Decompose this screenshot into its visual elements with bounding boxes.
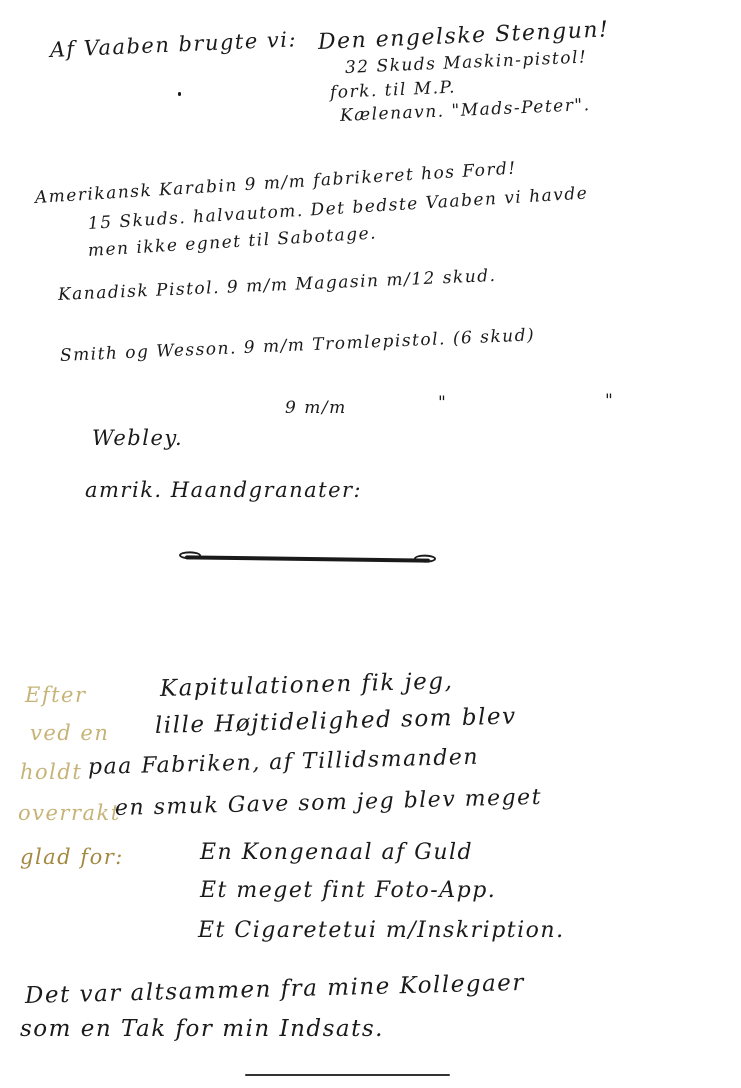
ditto-mark-1: " bbox=[438, 395, 447, 412]
canadian-pistol-line: Kanadisk Pistol. 9 m/m Magasin m/12 skud… bbox=[58, 268, 497, 304]
gift-line-1: En Kongenaal af Guld bbox=[200, 842, 473, 864]
closing-line-2: som en Tak for min Indsats. bbox=[20, 1018, 384, 1041]
gift-line-3: Et Cigaretetui m/Inskription. bbox=[198, 920, 565, 942]
capitulation-line-1: Kapitulationen fik jeg, bbox=[160, 670, 454, 701]
ink-dot bbox=[178, 92, 181, 96]
faded-word-1: Efter bbox=[25, 685, 87, 706]
closing-line-1: Det var altsammen fra mine Kollegaer bbox=[25, 972, 525, 1008]
webley-caliber: 9 m/m bbox=[285, 400, 347, 417]
sten-detail-2: fork. til M.P. bbox=[330, 80, 457, 102]
faded-word-4: overrakt bbox=[18, 803, 121, 824]
grenades-line: amrik. Haandgranater: bbox=[85, 480, 362, 501]
capitulation-line-4: en smuk Gave som jeg blev meget bbox=[115, 787, 543, 820]
faded-word-5: glad for: bbox=[20, 847, 124, 868]
smith-wesson-line: Smith og Wesson. 9 m/m Tromlepistol. (6 … bbox=[60, 327, 536, 365]
intro-text: Af Vaaben brugte vi: bbox=[50, 29, 298, 61]
capitulation-line-3: paa Fabriken, af Tillidsmanden bbox=[88, 747, 480, 779]
ditto-mark-2: " bbox=[605, 393, 614, 410]
sten-detail-1: 32 Skuds Maskin-pistol! bbox=[345, 49, 588, 77]
webley-line: Webley. bbox=[92, 428, 183, 449]
sten-detail-3: Kælenavn. "Mads-Peter". bbox=[340, 97, 591, 125]
faded-word-3: holdt bbox=[20, 762, 82, 783]
section-divider bbox=[185, 555, 430, 562]
capitulation-line-2: lille Højtidelighed som blev bbox=[155, 706, 517, 738]
faded-word-2: ved en bbox=[30, 723, 109, 744]
gift-line-2: Et meget fint Foto-App. bbox=[200, 880, 496, 902]
end-divider bbox=[245, 1074, 450, 1076]
